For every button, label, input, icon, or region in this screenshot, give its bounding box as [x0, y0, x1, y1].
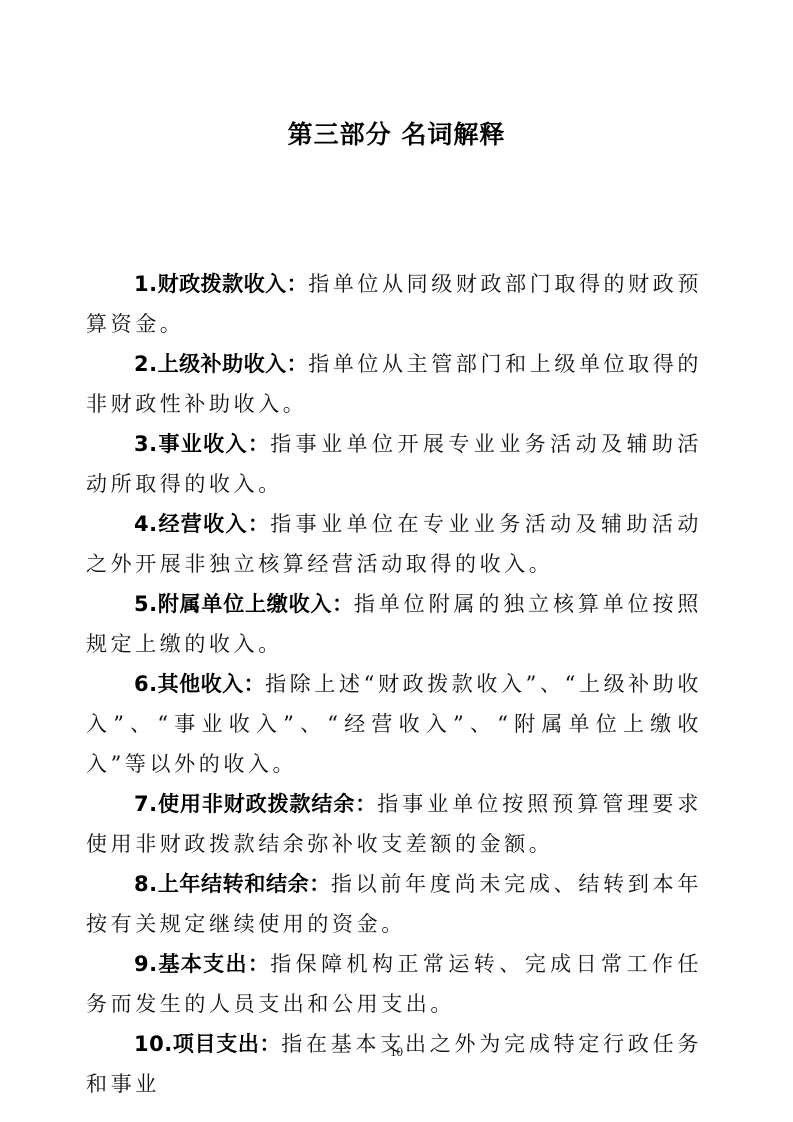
- definition-item: 9.基本支出：指保障机构正常运转、完成日常工作任务而发生的人员支出和公用支出。: [86, 944, 702, 1024]
- definition-item: 7.使用非财政拨款结余：指事业单位按照预算管理要求使用非财政拨款结余弥补收支差额…: [86, 784, 702, 864]
- term-label: 5.附属单位上缴收入：: [134, 592, 354, 616]
- definition-item: 4.经营收入：指事业单位在专业业务活动及辅助活动之外开展非独立核算经营活动取得的…: [86, 504, 702, 584]
- term-label: 9.基本支出：: [134, 952, 270, 976]
- definition-item: 1.财政拨款收入：指单位从同级财政部门取得的财政预算资金。: [86, 264, 702, 344]
- term-label: 6.其他收入：: [134, 672, 265, 696]
- term-label: 1.财政拨款收入：: [134, 272, 308, 296]
- page-number: 10: [0, 1044, 793, 1060]
- term-label: 8.上年结转和结余：: [134, 872, 331, 896]
- term-label: 7.使用非财政拨款结余：: [134, 792, 377, 816]
- definition-item: 3.事业收入：指事业单位开展专业业务活动及辅助活动所取得的收入。: [86, 424, 702, 504]
- term-label: 2.上级补助收入：: [134, 352, 308, 376]
- definition-item: 10.项目支出：指在基本支出之外为完成特定行政任务和事业: [86, 1024, 702, 1104]
- definition-item: 6.其他收入：指除上述“财政拨款收入”、“上级补助收入”、“事业收入”、“经营收…: [86, 664, 702, 784]
- definition-item: 5.附属单位上缴收入：指单位附属的独立核算单位按照规定上缴的收入。: [86, 584, 702, 664]
- definition-item: 8.上年结转和结余：指以前年度尚未完成、结转到本年按有关规定继续使用的资金。: [86, 864, 702, 944]
- definitions-list: 1.财政拨款收入：指单位从同级财政部门取得的财政预算资金。 2.上级补助收入：指…: [86, 264, 702, 1104]
- term-label: 4.经营收入：: [134, 512, 270, 536]
- page-title: 第三部分 名词解释: [0, 115, 793, 151]
- term-label: 3.事业收入：: [134, 432, 270, 456]
- definition-item: 2.上级补助收入：指单位从主管部门和上级单位取得的非财政性补助收入。: [86, 344, 702, 424]
